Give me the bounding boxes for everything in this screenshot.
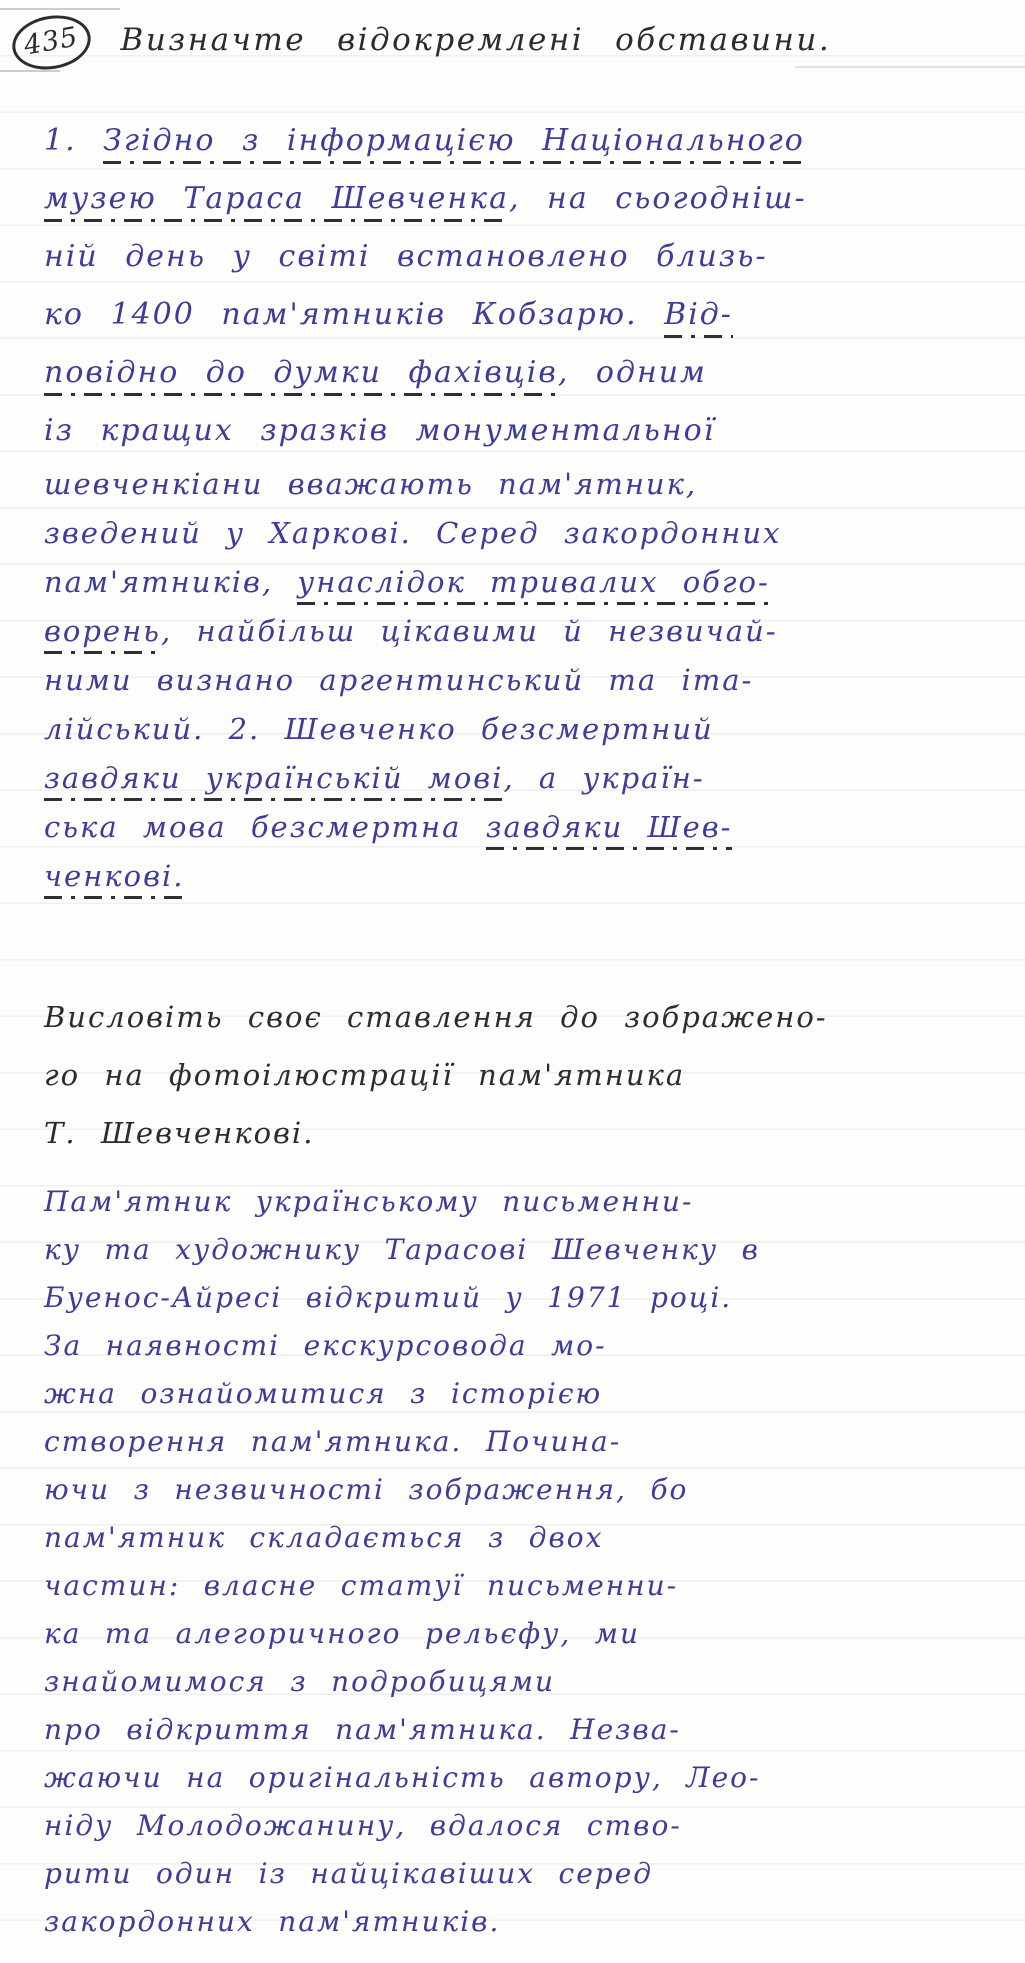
underlined-adverbial: Від- xyxy=(664,297,733,338)
handwritten-line: музею Тараса Шевченка, на сьогодніш- xyxy=(44,170,1007,228)
handwritten-line: ку та художнику Тарасові Шевченку в xyxy=(44,1226,1007,1274)
handwritten-line: знайомимося з подробицями xyxy=(44,1658,1007,1706)
text-segment: пам'ятник складається з двох xyxy=(44,1521,603,1554)
underlined-adverbial: завдяки Шев- xyxy=(486,810,733,850)
handwritten-line: Пам'ятник українському письменни- xyxy=(44,1178,1007,1226)
underlined-adverbial: музею Тараса Шевченка xyxy=(44,181,509,222)
underlined-adverbial: Згідно з інформацією Національного xyxy=(103,123,805,164)
exercise-number: 435 xyxy=(8,10,95,76)
underlined-adverbial: унаслідок тривалих обго- xyxy=(297,565,769,605)
underlined-adverbial: ченкові. xyxy=(44,859,184,899)
paragraph-sentence-1: 1. Згідно з інформацією Національного му… xyxy=(44,112,1007,460)
handwritten-line: ка та алегоричного рельєфу, ми xyxy=(44,1610,1007,1658)
task-prompt: Висловіть своє ставлення до зображено- г… xyxy=(44,988,1007,1162)
underlined-adverbial: повідно до думки фахівців xyxy=(44,355,558,396)
exercise-heading: 435Визначте відокремлені обставини. xyxy=(12,16,1009,69)
handwritten-line: лійський. 2. Шевченко безсмертний xyxy=(44,705,1007,754)
text-segment: ку та художнику Тарасові Шевченку в xyxy=(44,1233,760,1266)
handwritten-line: 1. Згідно з інформацією Національного xyxy=(44,112,1007,170)
essay-answer: Пам'ятник українському письменни- ку та … xyxy=(44,1178,1007,1946)
text-segment: ка та алегоричного рельєфу, ми xyxy=(44,1617,640,1650)
handwritten-line: повідно до думки фахівців, одним xyxy=(44,344,1007,402)
text-segment: , а україн- xyxy=(503,761,704,795)
text-segment: Висловіть своє ставлення до зображено- xyxy=(44,1000,828,1034)
scan-artifact-line xyxy=(0,8,120,10)
handwritten-line: створення пам'ятника. Почина- xyxy=(44,1418,1007,1466)
paragraph-sentence-2: шевченкіани вважають пам'ятник, зведений… xyxy=(44,460,1007,901)
handwritten-line: Висловіть своє ставлення до зображено- xyxy=(44,988,1007,1046)
text-segment: 1. xyxy=(44,123,103,158)
handwritten-line: жаючи на оригінальність автору, Лео- xyxy=(44,1754,1007,1802)
handwritten-line: частин: власне статуї письменни- xyxy=(44,1562,1007,1610)
text-segment: рити один із найцікавіших серед xyxy=(44,1857,653,1890)
handwritten-line: ська мова безсмертна завдяки Шев- xyxy=(44,803,1007,852)
handwritten-line: зведений у Харкові. Серед закордонних xyxy=(44,509,1007,558)
text-segment: частин: власне статуї письменни- xyxy=(44,1569,678,1602)
notebook-page: 435Визначте відокремлені обставини. 1. З… xyxy=(0,0,1025,1963)
text-segment: жна ознайомитися з історією xyxy=(44,1377,602,1410)
text-segment: Т. Шевченкові. xyxy=(44,1116,314,1150)
handwritten-line: ко 1400 пам'ятників Кобзарю. Від- xyxy=(44,286,1007,344)
scan-artifact-line xyxy=(0,70,60,72)
underlined-adverbial: завдяки українській мові xyxy=(44,761,503,801)
text-segment: знайомимося з подробицями xyxy=(44,1665,555,1698)
text-segment: ніду Молодожанину, вдалося ство- xyxy=(44,1809,682,1842)
handwritten-line: ній день у світі встановлено близь- xyxy=(44,228,1007,286)
underlined-adverbial: ворень xyxy=(44,614,161,654)
text-segment: шевченкіани вважають пам'ятник, xyxy=(44,467,697,501)
text-segment: го на фотоілюстрації пам'ятника xyxy=(44,1058,685,1092)
text-segment: За наявності екскурсовода мо- xyxy=(44,1329,607,1362)
handwritten-line: ними визнано аргентинський та іта- xyxy=(44,656,1007,705)
handwritten-line: закордонних пам'ятників. xyxy=(44,1898,1007,1946)
text-segment: ко 1400 пам'ятників Кобзарю. xyxy=(44,297,664,332)
text-segment: закордонних пам'ятників. xyxy=(44,1905,500,1938)
text-segment: із кращих зразків монументальної xyxy=(44,413,715,448)
text-segment: ючи з незвичності зображення, бо xyxy=(44,1473,688,1506)
text-segment: , найбільш цікавими й незвичай- xyxy=(161,614,778,648)
text-segment: ній день у світі встановлено близь- xyxy=(44,239,768,274)
text-segment: , одним xyxy=(558,355,707,390)
handwritten-line: про відкриття пам'ятника. Незва- xyxy=(44,1706,1007,1754)
handwritten-line: пам'ятників, унаслідок тривалих обго- xyxy=(44,558,1007,607)
exercise-title: Визначте відокремлені обставини. xyxy=(121,22,832,58)
handwritten-line: шевченкіани вважають пам'ятник, xyxy=(44,460,1007,509)
text-segment: створення пам'ятника. Почина- xyxy=(44,1425,621,1458)
text-segment: лійський. 2. Шевченко безсмертний xyxy=(44,712,714,746)
handwritten-line: ченкові. xyxy=(44,852,1007,901)
handwritten-line: жна ознайомитися з історією xyxy=(44,1370,1007,1418)
handwritten-line: із кращих зразків монументальної xyxy=(44,402,1007,460)
text-segment: , на сьогодніш- xyxy=(509,181,807,216)
handwritten-line: завдяки українській мові, а україн- xyxy=(44,754,1007,803)
text-segment: про відкриття пам'ятника. Незва- xyxy=(44,1713,681,1746)
handwritten-line: Т. Шевченкові. xyxy=(44,1104,1007,1162)
text-segment: жаючи на оригінальність автору, Лео- xyxy=(44,1761,760,1794)
handwritten-line: ніду Молодожанину, вдалося ство- xyxy=(44,1802,1007,1850)
text-segment: ними визнано аргентинський та іта- xyxy=(44,663,753,697)
text-segment: пам'ятників, xyxy=(44,565,297,599)
text-segment: Пам'ятник українському письменни- xyxy=(44,1185,693,1218)
text-segment: ська мова безсмертна xyxy=(44,810,486,844)
handwritten-line: ючи з незвичності зображення, бо xyxy=(44,1466,1007,1514)
handwritten-line: Буенос-Айресі відкритий у 1971 році. xyxy=(44,1274,1007,1322)
text-segment: Буенос-Айресі відкритий у 1971 році. xyxy=(44,1281,732,1314)
handwritten-line: За наявності екскурсовода мо- xyxy=(44,1322,1007,1370)
handwritten-line: пам'ятник складається з двох xyxy=(44,1514,1007,1562)
handwritten-line: рити один із найцікавіших серед xyxy=(44,1850,1007,1898)
handwritten-line: го на фотоілюстрації пам'ятника xyxy=(44,1046,1007,1104)
handwritten-line: ворень, найбільш цікавими й незвичай- xyxy=(44,607,1007,656)
text-segment: зведений у Харкові. Серед закордонних xyxy=(44,516,781,550)
